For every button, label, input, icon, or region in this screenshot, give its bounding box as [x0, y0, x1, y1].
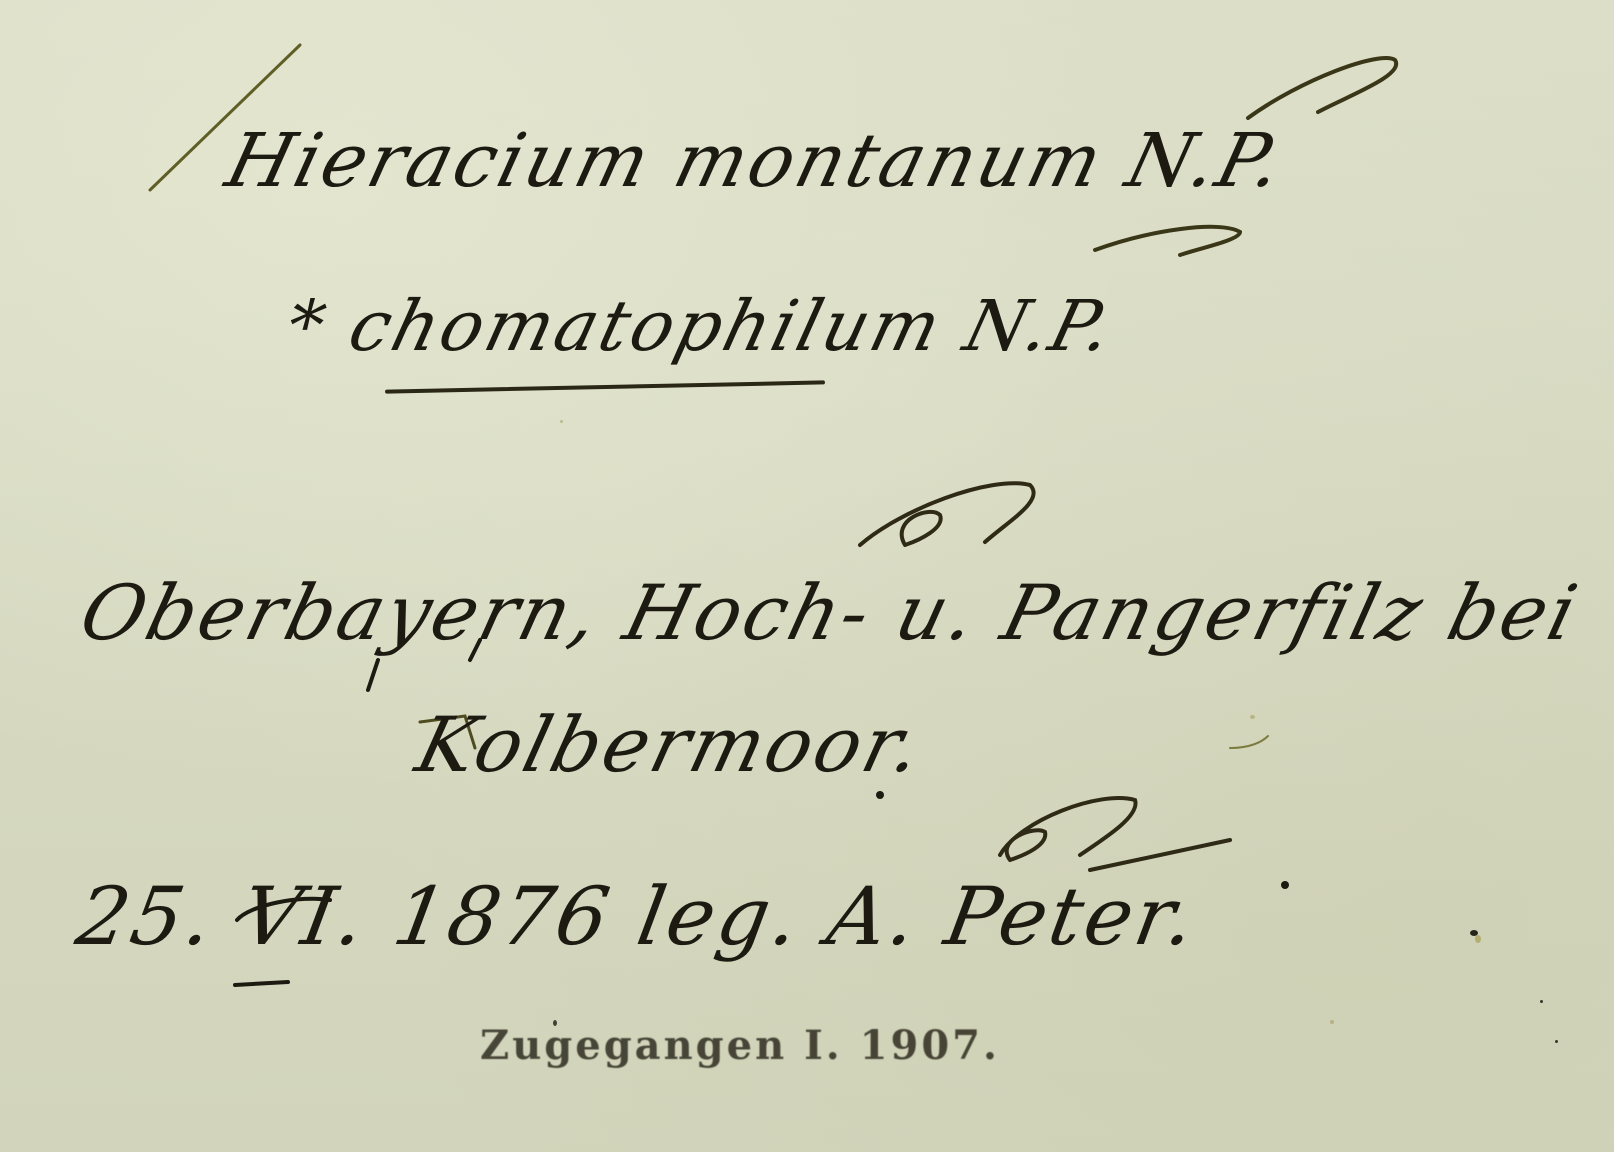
paper-speck: [560, 420, 563, 423]
paper-speck: [1330, 1020, 1334, 1024]
paper-speck: [1250, 715, 1255, 719]
date-collector-text: 25. VI. 1876 leg. A. Peter.: [70, 870, 1205, 963]
accession-stamp: Zugegangen I. 1907.: [480, 1022, 1000, 1069]
locality-text: Oberbayern, Hoch- u. Pangerfilz bei: [72, 568, 1588, 657]
taxon-name: Hieracium montanum N.P.: [218, 118, 1294, 204]
locality-continuation: Kolbermoor.: [408, 700, 934, 789]
paper-speck: [1475, 935, 1481, 943]
subtaxon-name: * chomatophilum N.P.: [278, 285, 1123, 367]
subtaxon-underline: [385, 380, 825, 393]
herbarium-label-sheet: Hieracium montanum N.P. * chomatophilum …: [0, 0, 1614, 1152]
paper-speck: [1540, 1000, 1543, 1003]
paper-speck: [1555, 1040, 1558, 1043]
